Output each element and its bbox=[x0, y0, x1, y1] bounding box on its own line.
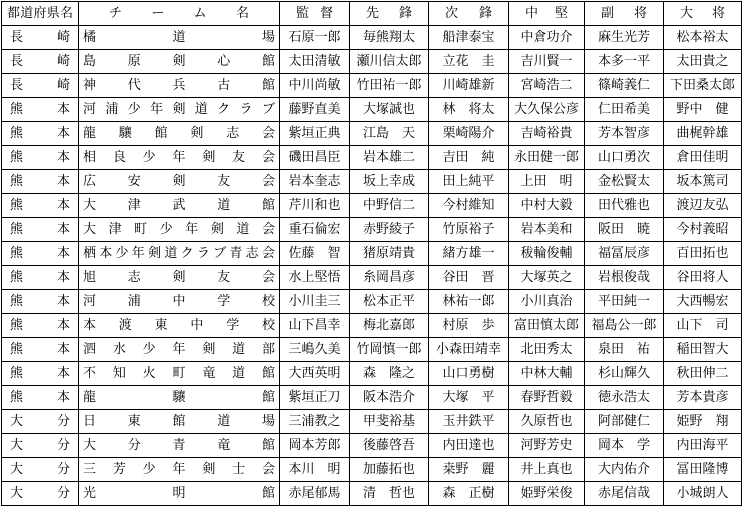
distributed-text: 熊本 bbox=[2, 218, 78, 241]
senpo-cell: 江島 天 bbox=[350, 122, 429, 146]
distributed-text: 河浦中学校 bbox=[79, 290, 279, 313]
coach-cell: 紫垣正典 bbox=[280, 122, 350, 146]
fukusho-cell: 杉山輝久 bbox=[585, 362, 664, 386]
pref-cell: 熊本 bbox=[2, 290, 79, 314]
senpo-cell: 赤野綾子 bbox=[350, 218, 429, 242]
fukusho-cell: 山口勇次 bbox=[585, 146, 664, 170]
fukusho-cell: 泉田 祐 bbox=[585, 338, 664, 362]
table-row: 長崎神代兵古館中川尚敏竹田祐一郎川崎雄新宮崎浩二篠崎義仁下田桑太郎 bbox=[2, 74, 742, 98]
table-row: 熊本大津武道館芹川和也中野信二今村維知中村大毅田代雅也渡辺友弘 bbox=[2, 194, 742, 218]
team-cell: 広安剣友会 bbox=[79, 170, 280, 194]
distributed-text: 副将 bbox=[585, 2, 663, 25]
coach-cell: 重石倫宏 bbox=[280, 218, 350, 242]
distributed-text: 都道府県名 bbox=[2, 2, 78, 25]
distributed-text: 熊本 bbox=[2, 170, 78, 193]
jiho-cell: 林 将太 bbox=[429, 98, 509, 122]
coach-cell: 大西英明 bbox=[280, 362, 350, 386]
senpo-cell: 坂上幸成 bbox=[350, 170, 429, 194]
fukusho-cell: 芳本智彦 bbox=[585, 122, 664, 146]
chuken-cell: 河野芳史 bbox=[509, 434, 585, 458]
team-cell: 龍驤館剣志会 bbox=[79, 122, 280, 146]
coach-cell: 藤野直美 bbox=[280, 98, 350, 122]
senpo-cell: 猪原靖貴 bbox=[350, 242, 429, 266]
team-cell: 不知火町竜道館 bbox=[79, 362, 280, 386]
distributed-text: 神代兵古館 bbox=[79, 74, 279, 97]
distributed-text: 先鋒 bbox=[350, 2, 428, 25]
taisho-cell: 冨田隆博 bbox=[664, 458, 742, 482]
table-row: 熊本不知火町竜道館大西英明森 隆之山口勇樹中林大輔杉山輝久秋田伸二 bbox=[2, 362, 742, 386]
taisho-cell: 内田海平 bbox=[664, 434, 742, 458]
taisho-cell: 大西暢宏 bbox=[664, 290, 742, 314]
jiho-cell: 船津泰宝 bbox=[429, 26, 509, 50]
distributed-text: 長崎 bbox=[2, 26, 78, 49]
taisho-cell: 曲梶幹雄 bbox=[664, 122, 742, 146]
team-cell: 龍驤館 bbox=[79, 386, 280, 410]
distributed-text: 熊本 bbox=[2, 266, 78, 289]
coach-cell: 水上堅悟 bbox=[280, 266, 350, 290]
senpo-cell: 甲斐裕基 bbox=[350, 410, 429, 434]
team-cell: 日東館道場 bbox=[79, 410, 280, 434]
distributed-text: 橘道場 bbox=[79, 26, 279, 49]
coach-cell: 小川圭三 bbox=[280, 290, 350, 314]
taisho-cell: 倉田佳明 bbox=[664, 146, 742, 170]
table-row: 長崎島原剣心館太田清敏瀬川信太郎立花 圭吉川賢一本多一平太田貴之 bbox=[2, 50, 742, 74]
distributed-text: 熊本 bbox=[2, 122, 78, 145]
jiho-cell: 大塚 平 bbox=[429, 386, 509, 410]
table-row: 熊本龍驤館紫垣正刀阪本浩介大塚 平春野哲毅徳永浩太芳本貴彦 bbox=[2, 386, 742, 410]
table-row: 大分大分青竜館岡本芳郎後藤啓吾内田達也河野芳史岡本 学内田海平 bbox=[2, 434, 742, 458]
pref-cell: 熊本 bbox=[2, 218, 79, 242]
pref-cell: 大分 bbox=[2, 410, 79, 434]
fukusho-cell: 赤尾信哉 bbox=[585, 482, 664, 506]
distributed-text: 日東館道場 bbox=[79, 410, 279, 433]
pref-cell: 大分 bbox=[2, 458, 79, 482]
pref-cell: 長崎 bbox=[2, 74, 79, 98]
team-cell: 河浦中学校 bbox=[79, 290, 280, 314]
table-row: 熊本旭志剣友会水上堅悟糸岡昌彦谷田 晋大塚英之岩根俊哉谷田将人 bbox=[2, 266, 742, 290]
jiho-cell: 栗崎陽介 bbox=[429, 122, 509, 146]
distributed-text: 大分 bbox=[2, 458, 78, 481]
chuken-cell: 永田健一郎 bbox=[509, 146, 585, 170]
chuken-cell: 宮崎浩二 bbox=[509, 74, 585, 98]
distributed-text: 中堅 bbox=[509, 2, 584, 25]
senpo-cell: 糸岡昌彦 bbox=[350, 266, 429, 290]
senpo-cell: 竹田祐一郎 bbox=[350, 74, 429, 98]
table-row: 熊本龍驤館剣志会紫垣正典江島 天栗崎陽介吉崎裕貴芳本智彦曲梶幹雄 bbox=[2, 122, 742, 146]
pref-cell: 熊本 bbox=[2, 362, 79, 386]
senpo-cell: 清 哲也 bbox=[350, 482, 429, 506]
distributed-text: 長崎 bbox=[2, 74, 78, 97]
chuken-cell: 大塚英之 bbox=[509, 266, 585, 290]
coach-cell: 石原一郎 bbox=[280, 26, 350, 50]
distributed-text: 相良少年剣友会 bbox=[79, 146, 279, 169]
pref-cell: 熊本 bbox=[2, 98, 79, 122]
coach-cell: 赤尾郁馬 bbox=[280, 482, 350, 506]
distributed-text: 不知火町竜道館 bbox=[79, 362, 279, 385]
team-cell: 光明館 bbox=[79, 482, 280, 506]
taisho-cell: 稲田智大 bbox=[664, 338, 742, 362]
table-row: 熊本河浦少年剣道クラブ藤野直美大塚誠也林 将太大久保公彦仁田希美野中 健 bbox=[2, 98, 742, 122]
team-cell: 大分青竜館 bbox=[79, 434, 280, 458]
distributed-text: 三芳少年剣士会 bbox=[79, 458, 279, 481]
pref-cell: 大分 bbox=[2, 434, 79, 458]
coach-cell: 磯田昌臣 bbox=[280, 146, 350, 170]
table-row: 熊本本渡東中学校山下昌幸梅北嘉郎村原 歩富田慎太郎福島公一郎山下 司 bbox=[2, 314, 742, 338]
coach-cell: 三浦教之 bbox=[280, 410, 350, 434]
table-row: 大分日東館道場三浦教之甲斐裕基玉井鉄平久原哲也阿部健仁姫野 翔 bbox=[2, 410, 742, 434]
distributed-text: 龍驤館 bbox=[79, 386, 279, 409]
pref-cell: 大分 bbox=[2, 482, 79, 506]
fukusho-cell: 金松賢太 bbox=[585, 170, 664, 194]
table-row: 長崎橘道場石原一郎毎熊翔太船津泰宝中倉功介麻生光芳松本裕太 bbox=[2, 26, 742, 50]
distributed-text: 龍驤館剣志会 bbox=[79, 122, 279, 145]
coach-cell: 芹川和也 bbox=[280, 194, 350, 218]
distributed-text: 長崎 bbox=[2, 50, 78, 73]
pref-cell: 熊本 bbox=[2, 338, 79, 362]
jiho-cell: 川崎雄新 bbox=[429, 74, 509, 98]
fukusho-cell: 福冨辰彦 bbox=[585, 242, 664, 266]
senpo-cell: 森 隆之 bbox=[350, 362, 429, 386]
distributed-text: 大津武道館 bbox=[79, 194, 279, 217]
distributed-text: チーム名 bbox=[79, 2, 279, 25]
chuken-cell: 中林大輔 bbox=[509, 362, 585, 386]
fukusho-cell: 大内佑介 bbox=[585, 458, 664, 482]
fukusho-cell: 福島公一郎 bbox=[585, 314, 664, 338]
coach-cell: 中川尚敏 bbox=[280, 74, 350, 98]
coach-cell: 岡本芳郎 bbox=[280, 434, 350, 458]
coach-cell: 岩本奎志 bbox=[280, 170, 350, 194]
coach-cell: 三嶋久美 bbox=[280, 338, 350, 362]
senpo-cell: 松本正平 bbox=[350, 290, 429, 314]
senpo-cell: 中野信二 bbox=[350, 194, 429, 218]
fukusho-cell: 岡本 学 bbox=[585, 434, 664, 458]
column-header-jiho: 次鋒 bbox=[429, 2, 509, 26]
chuken-cell: 上田 明 bbox=[509, 170, 585, 194]
distributed-text: 栖本少年剣道クラブ青志会 bbox=[79, 242, 279, 265]
table-row: 熊本広安剣友会岩本奎志坂上幸成田上純平上田 明金松賢太坂本篤司 bbox=[2, 170, 742, 194]
fukusho-cell: 徳永浩太 bbox=[585, 386, 664, 410]
chuken-cell: 吉川賢一 bbox=[509, 50, 585, 74]
chuken-cell: 北田秀太 bbox=[509, 338, 585, 362]
chuken-cell: 中倉功介 bbox=[509, 26, 585, 50]
taisho-cell: 芳本貴彦 bbox=[664, 386, 742, 410]
chuken-cell: 吉崎裕貴 bbox=[509, 122, 585, 146]
chuken-cell: 大久保公彦 bbox=[509, 98, 585, 122]
pref-cell: 熊本 bbox=[2, 170, 79, 194]
team-cell: 栖本少年剣道クラブ青志会 bbox=[79, 242, 280, 266]
distributed-text: 旭志剣友会 bbox=[79, 266, 279, 289]
chuken-cell: 富田慎太郎 bbox=[509, 314, 585, 338]
senpo-cell: 岩本雄二 bbox=[350, 146, 429, 170]
jiho-cell: 小森田靖幸 bbox=[429, 338, 509, 362]
chuken-cell: 秡輪俊輔 bbox=[509, 242, 585, 266]
distributed-text: 大分 bbox=[2, 482, 78, 505]
taisho-cell: 百田拓也 bbox=[664, 242, 742, 266]
team-cell: 本渡東中学校 bbox=[79, 314, 280, 338]
table-row: 熊本河浦中学校小川圭三松本正平林祐一郎小川真治平田純一大西暢宏 bbox=[2, 290, 742, 314]
chuken-cell: 岩本美和 bbox=[509, 218, 585, 242]
distributed-text: 熊本 bbox=[2, 146, 78, 169]
team-cell: 旭志剣友会 bbox=[79, 266, 280, 290]
column-header-fukusho: 副将 bbox=[585, 2, 664, 26]
coach-cell: 太田清敏 bbox=[280, 50, 350, 74]
table-row: 熊本相良少年剣友会磯田昌臣岩本雄二吉田 純永田健一郎山口勇次倉田佳明 bbox=[2, 146, 742, 170]
fukusho-cell: 篠崎義仁 bbox=[585, 74, 664, 98]
fukusho-cell: 阿部健仁 bbox=[585, 410, 664, 434]
team-cell: 神代兵古館 bbox=[79, 74, 280, 98]
pref-cell: 熊本 bbox=[2, 146, 79, 170]
column-header-taisho: 大将 bbox=[664, 2, 742, 26]
team-cell: 島原剣心館 bbox=[79, 50, 280, 74]
taisho-cell: 山下 司 bbox=[664, 314, 742, 338]
pref-cell: 熊本 bbox=[2, 194, 79, 218]
jiho-cell: 山口勇樹 bbox=[429, 362, 509, 386]
jiho-cell: 緒方雄一 bbox=[429, 242, 509, 266]
distributed-text: 監督 bbox=[280, 2, 349, 25]
taisho-cell: 渡辺友弘 bbox=[664, 194, 742, 218]
distributed-text: 熊本 bbox=[2, 290, 78, 313]
taisho-cell: 姫野 翔 bbox=[664, 410, 742, 434]
distributed-text: 大将 bbox=[664, 2, 741, 25]
senpo-cell: 加藤拓也 bbox=[350, 458, 429, 482]
chuken-cell: 春野哲毅 bbox=[509, 386, 585, 410]
header-row: 都道府県名チーム名監督先鋒次鋒中堅副将大将 bbox=[2, 2, 742, 26]
column-header-senpo: 先鋒 bbox=[350, 2, 429, 26]
fukusho-cell: 麻生光芳 bbox=[585, 26, 664, 50]
taisho-cell: 坂本篤司 bbox=[664, 170, 742, 194]
senpo-cell: 阪本浩介 bbox=[350, 386, 429, 410]
senpo-cell: 後藤啓吾 bbox=[350, 434, 429, 458]
senpo-cell: 竹岡慎一郎 bbox=[350, 338, 429, 362]
jiho-cell: 内田達也 bbox=[429, 434, 509, 458]
taisho-cell: 野中 健 bbox=[664, 98, 742, 122]
distributed-text: 熊本 bbox=[2, 194, 78, 217]
table-row: 大分三芳少年剣士会本川 明加藤拓也桒野 麗井上真也大内佑介冨田隆博 bbox=[2, 458, 742, 482]
chuken-cell: 久原哲也 bbox=[509, 410, 585, 434]
team-cell: 大津町少年剣道会 bbox=[79, 218, 280, 242]
fukusho-cell: 本多一平 bbox=[585, 50, 664, 74]
jiho-cell: 村原 歩 bbox=[429, 314, 509, 338]
column-header-pref: 都道府県名 bbox=[2, 2, 79, 26]
fukusho-cell: 平田純一 bbox=[585, 290, 664, 314]
jiho-cell: 森 正樹 bbox=[429, 482, 509, 506]
pref-cell: 熊本 bbox=[2, 266, 79, 290]
team-cell: 三芳少年剣士会 bbox=[79, 458, 280, 482]
team-cell: 泗水少年剣道部 bbox=[79, 338, 280, 362]
jiho-cell: 玉井鉄平 bbox=[429, 410, 509, 434]
team-cell: 相良少年剣友会 bbox=[79, 146, 280, 170]
taisho-cell: 松本裕太 bbox=[664, 26, 742, 50]
column-header-chuken: 中堅 bbox=[509, 2, 585, 26]
distributed-text: 熊本 bbox=[2, 386, 78, 409]
column-header-coach: 監督 bbox=[280, 2, 350, 26]
jiho-cell: 竹原裕子 bbox=[429, 218, 509, 242]
distributed-text: 大分 bbox=[2, 434, 78, 457]
distributed-text: 泗水少年剣道部 bbox=[79, 338, 279, 361]
distributed-text: 大分青竜館 bbox=[79, 434, 279, 457]
senpo-cell: 瀬川信太郎 bbox=[350, 50, 429, 74]
pref-cell: 長崎 bbox=[2, 26, 79, 50]
team-cell: 橘道場 bbox=[79, 26, 280, 50]
team-cell: 河浦少年剣道クラブ bbox=[79, 98, 280, 122]
jiho-cell: 吉田 純 bbox=[429, 146, 509, 170]
pref-cell: 熊本 bbox=[2, 314, 79, 338]
distributed-text: 熊本 bbox=[2, 338, 78, 361]
distributed-text: 大津町少年剣道会 bbox=[79, 218, 279, 241]
distributed-text: 河浦少年剣道クラブ bbox=[79, 98, 279, 121]
coach-cell: 紫垣正刀 bbox=[280, 386, 350, 410]
pref-cell: 熊本 bbox=[2, 242, 79, 266]
jiho-cell: 桒野 麗 bbox=[429, 458, 509, 482]
taisho-cell: 小城朗人 bbox=[664, 482, 742, 506]
pref-cell: 熊本 bbox=[2, 122, 79, 146]
coach-cell: 山下昌幸 bbox=[280, 314, 350, 338]
pref-cell: 長崎 bbox=[2, 50, 79, 74]
jiho-cell: 立花 圭 bbox=[429, 50, 509, 74]
table-row: 熊本栖本少年剣道クラブ青志会佐藤 智猪原靖貴緒方雄一秡輪俊輔福冨辰彦百田拓也 bbox=[2, 242, 742, 266]
table-row: 熊本大津町少年剣道会重石倫宏赤野綾子竹原裕子岩本美和阪田 暁今村義昭 bbox=[2, 218, 742, 242]
fukusho-cell: 田代雅也 bbox=[585, 194, 664, 218]
table-row: 熊本泗水少年剣道部三嶋久美竹岡慎一郎小森田靖幸北田秀太泉田 祐稲田智大 bbox=[2, 338, 742, 362]
fukusho-cell: 阪田 暁 bbox=[585, 218, 664, 242]
jiho-cell: 今村維知 bbox=[429, 194, 509, 218]
distributed-text: 次鋒 bbox=[429, 2, 508, 25]
distributed-text: 熊本 bbox=[2, 242, 78, 265]
pref-cell: 熊本 bbox=[2, 386, 79, 410]
taisho-cell: 今村義昭 bbox=[664, 218, 742, 242]
distributed-text: 光明館 bbox=[79, 482, 279, 505]
jiho-cell: 田上純平 bbox=[429, 170, 509, 194]
distributed-text: 熊本 bbox=[2, 98, 78, 121]
roster-table: 都道府県名チーム名監督先鋒次鋒中堅副将大将 長崎橘道場石原一郎毎熊翔太船津泰宝中… bbox=[1, 1, 742, 506]
chuken-cell: 中村大毅 bbox=[509, 194, 585, 218]
taisho-cell: 秋田伸二 bbox=[664, 362, 742, 386]
distributed-text: 熊本 bbox=[2, 314, 78, 337]
taisho-cell: 太田貴之 bbox=[664, 50, 742, 74]
senpo-cell: 梅北嘉郎 bbox=[350, 314, 429, 338]
team-cell: 大津武道館 bbox=[79, 194, 280, 218]
distributed-text: 大分 bbox=[2, 410, 78, 433]
chuken-cell: 小川真治 bbox=[509, 290, 585, 314]
column-header-team: チーム名 bbox=[79, 2, 280, 26]
distributed-text: 広安剣友会 bbox=[79, 170, 279, 193]
jiho-cell: 谷田 晋 bbox=[429, 266, 509, 290]
fukusho-cell: 岩根俊哉 bbox=[585, 266, 664, 290]
coach-cell: 本川 明 bbox=[280, 458, 350, 482]
jiho-cell: 林祐一郎 bbox=[429, 290, 509, 314]
chuken-cell: 姫野栄俊 bbox=[509, 482, 585, 506]
chuken-cell: 井上真也 bbox=[509, 458, 585, 482]
taisho-cell: 谷田将人 bbox=[664, 266, 742, 290]
taisho-cell: 下田桑太郎 bbox=[664, 74, 742, 98]
distributed-text: 本渡東中学校 bbox=[79, 314, 279, 337]
coach-cell: 佐藤 智 bbox=[280, 242, 350, 266]
fukusho-cell: 仁田希美 bbox=[585, 98, 664, 122]
senpo-cell: 大塚誠也 bbox=[350, 98, 429, 122]
table-row: 大分光明館赤尾郁馬清 哲也森 正樹姫野栄俊赤尾信哉小城朗人 bbox=[2, 482, 742, 506]
distributed-text: 熊本 bbox=[2, 362, 78, 385]
senpo-cell: 毎熊翔太 bbox=[350, 26, 429, 50]
distributed-text: 島原剣心館 bbox=[79, 50, 279, 73]
